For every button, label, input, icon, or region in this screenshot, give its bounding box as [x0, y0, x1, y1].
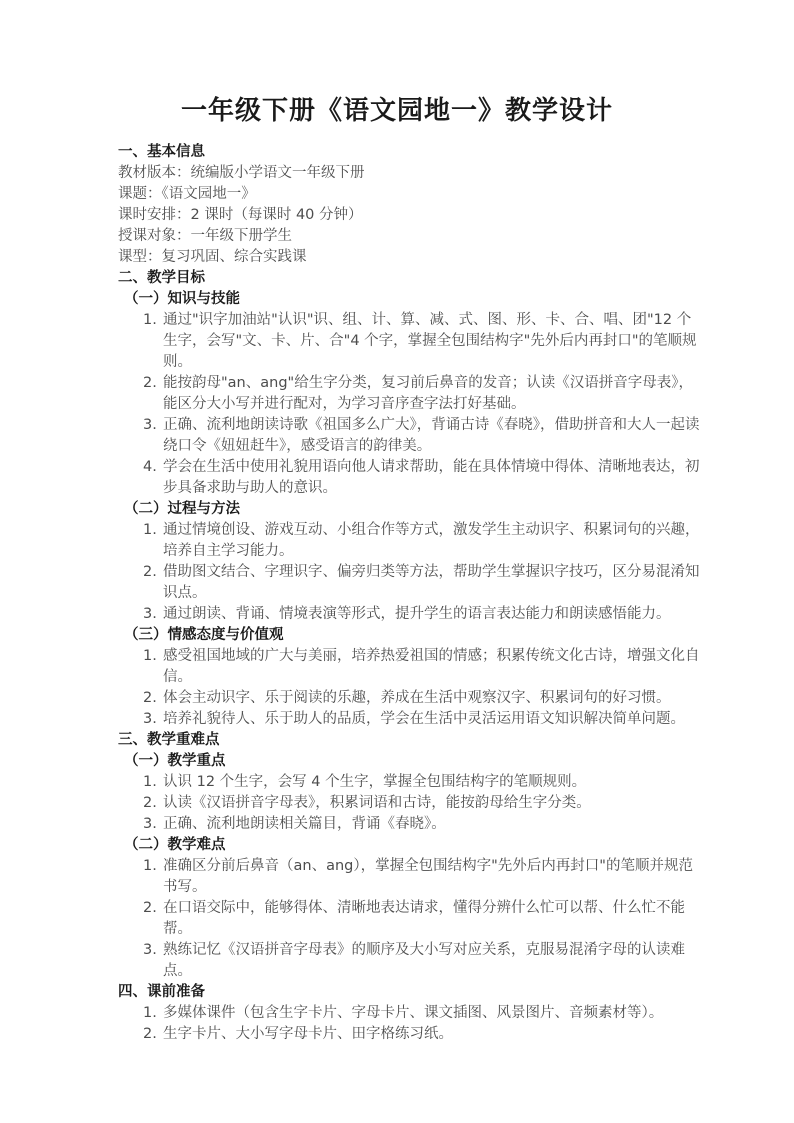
- list-item-number: 1.: [143, 520, 163, 562]
- list-item-number: 1.: [143, 646, 163, 688]
- list-item-text: 通过"识字加油站"认识"识、组、计、算、减、式、图、形、卡、合、唱、团"12 个…: [163, 310, 700, 373]
- list-item: 3. 正确、流利地朗读诗歌《祖国多么广大》，背诵古诗《春晓》，借助拼音和大人一起…: [118, 415, 700, 457]
- list-item: 2. 借助图文结合、字理识字、偏旁归类等方法，帮助学生掌握识字技巧，区分易混淆知…: [118, 562, 700, 604]
- list-item-text: 多媒体课件（包含生字卡片、字母卡片、课文插图、风景图片、音频素材等）。: [163, 1003, 700, 1024]
- list-item-number: 1.: [143, 772, 163, 793]
- info-line-lesson-title: 课题：《语文园地一》: [118, 184, 700, 205]
- list-item-text: 感受祖国地域的广大与美丽，培养热爱祖国的情感；积累传统文化古诗，增强文化自信。: [163, 646, 700, 688]
- list-item: 3. 通过朗读、背诵、情境表演等形式，提升学生的语言表达能力和朗读感悟能力。: [118, 604, 700, 625]
- list-item-number: 2.: [143, 1024, 163, 1045]
- list-item: 1. 多媒体课件（包含生字卡片、字母卡片、课文插图、风景图片、音频素材等）。: [118, 1003, 700, 1024]
- list-item-number: 1.: [143, 856, 163, 898]
- list-item-text: 能按韵母"an、ang"给生字分类，复习前后鼻音的发音；认读《汉语拼音字母表》，…: [163, 373, 700, 415]
- list-item-number: 3.: [143, 814, 163, 835]
- list-item-text: 通过朗读、背诵、情境表演等形式，提升学生的语言表达能力和朗读感悟能力。: [163, 604, 700, 625]
- section-basic-info: 一、基本信息 教材版本：统编版小学语文一年级下册 课题：《语文园地一》 课时安排…: [118, 142, 700, 268]
- list-item-number: 3.: [143, 940, 163, 982]
- list-item-text: 培养礼貌待人、乐于助人的品质，学会在生活中灵活运用语文知识解决简单问题。: [163, 709, 700, 730]
- list-item: 4. 学会在生活中使用礼貌用语向他人请求帮助，能在具体情境中得体、清晰地表达，初…: [118, 457, 700, 499]
- list-item-number: 3.: [143, 415, 163, 457]
- list-item-text: 认读《汉语拼音字母表》，积累词语和古诗，能按韵母给生字分类。: [163, 793, 700, 814]
- list-item-number: 2.: [143, 562, 163, 604]
- subsection-heading-knowledge-skills: （一）知识与技能: [118, 289, 700, 310]
- list-item-text: 熟练记忆《汉语拼音字母表》的顺序及大小写对应关系，克服易混淆字母的认读难点。: [163, 940, 700, 982]
- list-item: 3. 正确、流利地朗读相关篇目，背诵《春晓》。: [118, 814, 700, 835]
- list-item-number: 1.: [143, 310, 163, 373]
- list-item: 2. 生字卡片、大小写字母卡片、田字格练习纸。: [118, 1024, 700, 1045]
- list-item-text: 正确、流利地朗读诗歌《祖国多么广大》，背诵古诗《春晓》，借助拼音和大人一起读绕口…: [163, 415, 700, 457]
- list-item: 3. 培养礼貌待人、乐于助人的品质，学会在生活中灵活运用语文知识解决简单问题。: [118, 709, 700, 730]
- subsection-heading-emotion-values: （三）情感态度与价值观: [118, 625, 700, 646]
- list-item: 2. 认读《汉语拼音字母表》，积累词语和古诗，能按韵母给生字分类。: [118, 793, 700, 814]
- info-line-audience: 授课对象：一年级下册学生: [118, 226, 700, 247]
- subsection-heading-key-points: （一）教学重点: [118, 751, 700, 772]
- list-item-text: 借助图文结合、字理识字、偏旁归类等方法，帮助学生掌握识字技巧，区分易混淆知识点。: [163, 562, 700, 604]
- list-item-text: 在口语交际中，能够得体、清晰地表达请求，懂得分辨什么忙可以帮、什么忙不能帮。: [163, 898, 700, 940]
- section-key-difficult-points: 三、教学重难点 （一）教学重点 1. 认识 12 个生字，会写 4 个生字，掌握…: [118, 730, 700, 982]
- list-item-number: 3.: [143, 604, 163, 625]
- subsection-heading-difficult-points: （二）教学难点: [118, 835, 700, 856]
- list-item-number: 2.: [143, 793, 163, 814]
- list-item-number: 2.: [143, 373, 163, 415]
- info-line-textbook-version: 教材版本：统编版小学语文一年级下册: [118, 163, 700, 184]
- section-heading-teaching-goals: 二、教学目标: [118, 268, 700, 289]
- list-item: 1. 认识 12 个生字，会写 4 个生字，掌握全包围结构字的笔顺规则。: [118, 772, 700, 793]
- list-item: 2. 能按韵母"an、ang"给生字分类，复习前后鼻音的发音；认读《汉语拼音字母…: [118, 373, 700, 415]
- list-item-number: 3.: [143, 709, 163, 730]
- list-item-text: 体会主动识字、乐于阅读的乐趣，养成在生活中观察汉字、积累词句的好习惯。: [163, 688, 700, 709]
- list-item: 2. 体会主动识字、乐于阅读的乐趣，养成在生活中观察汉字、积累词句的好习惯。: [118, 688, 700, 709]
- list-item: 1. 感受祖国地域的广大与美丽，培养热爱祖国的情感；积累传统文化古诗，增强文化自…: [118, 646, 700, 688]
- list-item: 1. 通过情境创设、游戏互动、小组合作等方式，激发学生主动识字、积累词句的兴趣，…: [118, 520, 700, 562]
- list-item-number: 4.: [143, 457, 163, 499]
- list-item-text: 正确、流利地朗读相关篇目，背诵《春晓》。: [163, 814, 700, 835]
- document-page: 一年级下册《语文园地一》教学设计 一、基本信息 教材版本：统编版小学语文一年级下…: [0, 0, 794, 1123]
- list-item-text: 学会在生活中使用礼貌用语向他人请求帮助，能在具体情境中得体、清晰地表达，初步具备…: [163, 457, 700, 499]
- list-item-number: 2.: [143, 898, 163, 940]
- list-item-number: 2.: [143, 688, 163, 709]
- list-item: 2. 在口语交际中，能够得体、清晰地表达请求，懂得分辨什么忙可以帮、什么忙不能帮…: [118, 898, 700, 940]
- list-item: 1. 准确区分前后鼻音（an、ang），掌握全包围结构字"先外后内再封口"的笔顺…: [118, 856, 700, 898]
- list-item-text: 通过情境创设、游戏互动、小组合作等方式，激发学生主动识字、积累词句的兴趣，培养自…: [163, 520, 700, 562]
- info-line-schedule: 课时安排：2 课时（每课时 40 分钟）: [118, 205, 700, 226]
- section-heading-basic-info: 一、基本信息: [118, 142, 700, 163]
- section-preparation: 四、课前准备 1. 多媒体课件（包含生字卡片、字母卡片、课文插图、风景图片、音频…: [118, 982, 700, 1045]
- subsection-heading-process-methods: （二）过程与方法: [118, 499, 700, 520]
- info-line-lesson-type: 课型：复习巩固、综合实践课: [118, 247, 700, 268]
- section-teaching-goals: 二、教学目标 （一）知识与技能 1. 通过"识字加油站"认识"识、组、计、算、减…: [118, 268, 700, 730]
- list-item-text: 准确区分前后鼻音（an、ang），掌握全包围结构字"先外后内再封口"的笔顺并规范…: [163, 856, 700, 898]
- section-heading-preparation: 四、课前准备: [118, 982, 700, 1003]
- list-item: 3. 熟练记忆《汉语拼音字母表》的顺序及大小写对应关系，克服易混淆字母的认读难点…: [118, 940, 700, 982]
- list-item-text: 认识 12 个生字，会写 4 个生字，掌握全包围结构字的笔顺规则。: [163, 772, 700, 793]
- list-item: 1. 通过"识字加油站"认识"识、组、计、算、减、式、图、形、卡、合、唱、团"1…: [118, 310, 700, 373]
- list-item-number: 1.: [143, 1003, 163, 1024]
- section-heading-key-difficult-points: 三、教学重难点: [118, 730, 700, 751]
- document-title: 一年级下册《语文园地一》教学设计: [0, 97, 794, 125]
- list-item-text: 生字卡片、大小写字母卡片、田字格练习纸。: [163, 1024, 700, 1045]
